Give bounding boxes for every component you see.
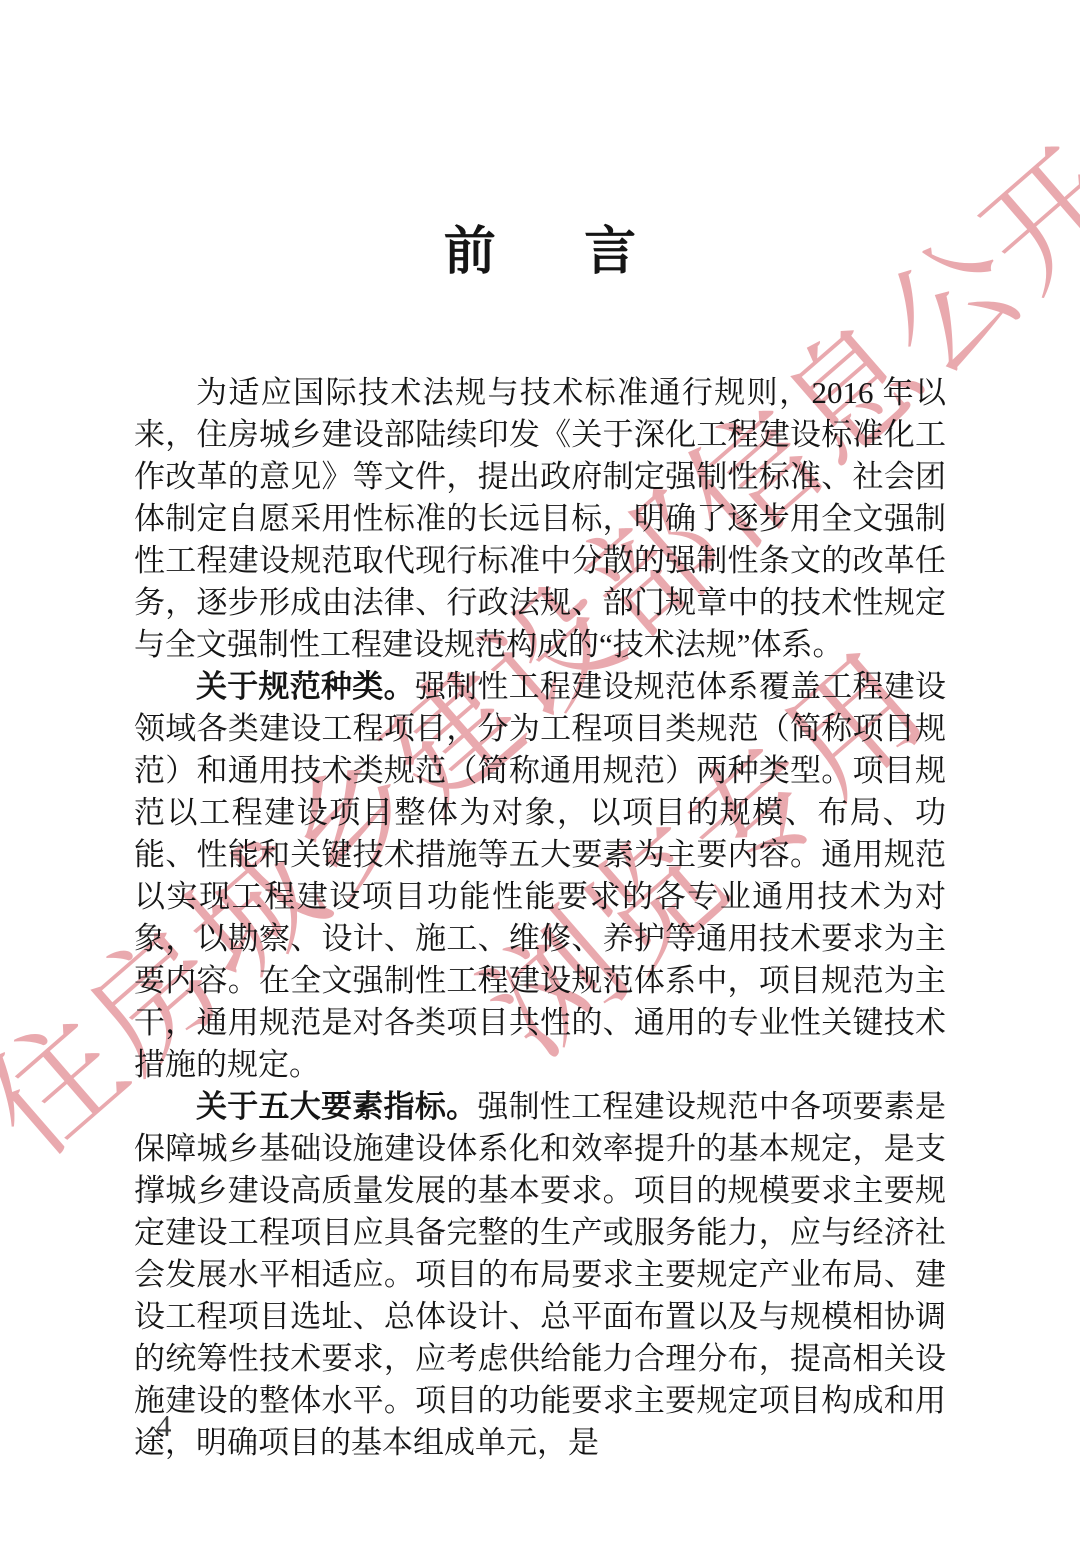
page-content: 前 言 为适应国际技术法规与技术标准通行规则，2016 年以来，住房城乡建设部陆… <box>0 0 1080 1464</box>
page-title: 前 言 <box>134 222 946 284</box>
paragraph-norm-types-lead: 关于规范种类。 <box>196 669 415 704</box>
paragraph-five-elements: 关于五大要素指标。强制性工程建设规范中各项要素是保障城乡基础设施建设体系化和效率… <box>134 1086 946 1464</box>
paragraph-five-elements-lead: 关于五大要素指标。 <box>196 1089 477 1124</box>
paragraph-five-elements-body: 强制性工程建设规范中各项要素是保障城乡基础设施建设体系化和效率提升的基本规定，是… <box>134 1089 946 1460</box>
paragraph-norm-types: 关于规范种类。强制性工程建设规范体系覆盖工程建设领域各类建设工程项目，分为工程项… <box>134 666 946 1086</box>
body-text: 为适应国际技术法规与技术标准通行规则，2016 年以来，住房城乡建设部陆续印发《… <box>134 372 946 1464</box>
paragraph-intro-body: 为适应国际技术法规与技术标准通行规则，2016 年以来，住房城乡建设部陆续印发《… <box>134 375 946 662</box>
page-number: 4 <box>156 1408 172 1444</box>
paragraph-norm-types-body: 强制性工程建设规范体系覆盖工程建设领域各类建设工程项目，分为工程项目类规范（简称… <box>134 669 946 1082</box>
paragraph-intro: 为适应国际技术法规与技术标准通行规则，2016 年以来，住房城乡建设部陆续印发《… <box>134 372 946 666</box>
document-page: 住房城乡建设部信息公开 浏览专用 前 言 为适应国际技术法规与技术标准通行规则，… <box>0 0 1080 1564</box>
